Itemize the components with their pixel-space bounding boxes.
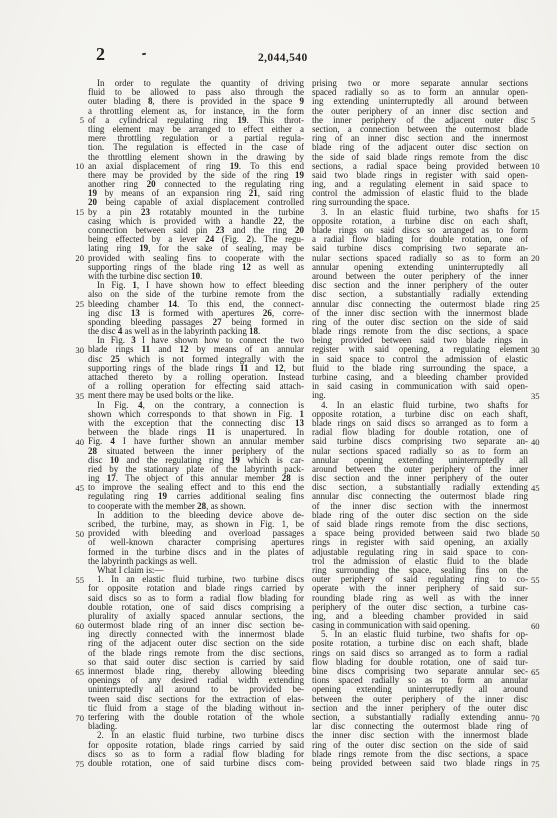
text-line: blade rings remote from the disc section…: [312, 327, 528, 336]
text-line: terfering with the double rotation of th…: [88, 713, 304, 722]
text-line: of the inner disc section with the inner…: [312, 502, 528, 511]
line-number: 5: [531, 116, 553, 125]
text-line: tion. The regulation is effected in the …: [88, 143, 304, 152]
line-number: 25: [531, 300, 553, 309]
text-line: ing, and a bleeding chamber provided in …: [312, 612, 528, 621]
text-line: outermost blade ring of an inner disc se…: [88, 621, 304, 630]
text-line: 20 being capable of axial displacement c…: [88, 198, 304, 207]
text-line: provided with sealing fins to cooperate …: [88, 254, 304, 263]
text-line: ring of the outer disc section on the si…: [312, 741, 528, 750]
text-line: 2. In an elastic fluid turbine, two turb…: [88, 731, 304, 740]
text-line: disc section and the inner periphery of …: [312, 474, 528, 483]
text-line: in said casing in communication with sai…: [312, 382, 528, 391]
line-number: 70: [58, 714, 84, 723]
text-line: tween said disc sections for the extract…: [88, 695, 304, 704]
text-line: disc section, a substantially radially e…: [312, 483, 528, 492]
text-line: ing, and a regulating element in said sp…: [312, 180, 528, 189]
line-number: 65: [58, 668, 84, 677]
text-line: blade rings remote from the disc section…: [312, 750, 528, 759]
text-line: to improve the sealing effect and to thi…: [88, 483, 304, 492]
line-number: 55: [531, 576, 553, 585]
text-line: section and the inner periphery of the o…: [312, 704, 528, 713]
text-line: tling element may be arranged to effect …: [88, 125, 304, 134]
text-line: adjustable regulating ring in said space…: [312, 548, 528, 557]
text-line: ried by the stationary plate of the laby…: [88, 465, 304, 474]
text-line: 28 situated between the inner periphery …: [88, 447, 304, 456]
ink-speck: [142, 53, 146, 55]
text-line: supporting rings of the blade rings 11 a…: [88, 364, 304, 373]
line-number: 50: [58, 530, 84, 539]
right-column-text: prising two or more separate annular sec…: [312, 79, 528, 768]
line-number: 15: [531, 208, 553, 217]
text-line: mere throttling regulation or a partial …: [88, 134, 304, 143]
text-line: said turbine discs comprising two separa…: [312, 437, 528, 446]
text-line: sponding bleeding passages 27 being form…: [88, 318, 304, 327]
text-line: formed in the turbine discs and in the p…: [88, 548, 304, 557]
text-line: of the inner disc section with the inner…: [312, 309, 528, 318]
text-line: shown which corresponds to that shown in…: [88, 410, 304, 419]
text-line: ing directly connected with the innermos…: [88, 630, 304, 639]
text-line: blade rings on said discs so arranged as…: [312, 226, 528, 235]
text-line: the inner disc section with the innermos…: [312, 731, 528, 740]
text-line: control the admission of elastic fluid t…: [312, 189, 528, 198]
text-line: of a cylindrical regulating ring 19. Thi…: [88, 116, 304, 125]
text-line: section, a substantially radially extend…: [312, 713, 528, 722]
text-line: bine discs comprising two separate annul…: [312, 667, 528, 676]
line-number: 25: [58, 300, 84, 309]
line-number: 40: [531, 438, 553, 447]
line-number: 10: [531, 162, 553, 171]
text-line: the disc 4 as well as in the labyrinth p…: [88, 327, 304, 336]
line-number: 65: [531, 668, 553, 677]
text-line: discs so as to form a radial flow bladin…: [88, 750, 304, 759]
line-number: 35: [531, 392, 553, 401]
text-line: regulating ring 19 carries additional se…: [88, 492, 304, 501]
text-line: Fig. 4 I have further shown an annular m…: [88, 437, 304, 446]
text-line: What I claim is:—: [88, 566, 304, 575]
text-line: rings in register with said opening, an …: [312, 538, 528, 547]
text-line: blade rings 11 and 12 by means of an ann…: [88, 345, 304, 354]
text-line: of a rolling operation for effecting sai…: [88, 382, 304, 391]
text-line: disc 10 and the regulating ring 19 which…: [88, 456, 304, 465]
patent-page: 2 2,044,540 5101520253035404550556065707…: [0, 0, 557, 818]
text-line: sections, a radial space being provided …: [312, 162, 528, 171]
text-line: periphery of the outer disc section, a t…: [312, 603, 528, 612]
text-line: flow blading for double rotation, one of…: [312, 658, 528, 667]
text-line: between the outer periphery of the inner…: [312, 695, 528, 704]
text-line: scribed, the turbine, may, as shown in F…: [88, 520, 304, 529]
text-line: said discs so as to form a radial flow b…: [88, 594, 304, 603]
line-number: 35: [58, 392, 84, 401]
text-line: trol the admission of elastic fluid to t…: [312, 557, 528, 566]
text-line: said two blade rings in register with sa…: [312, 171, 528, 180]
text-line: for opposite rotation, blade rings carri…: [88, 741, 304, 750]
text-line: around between the outer periphery of th…: [312, 272, 528, 281]
text-line: ing.: [312, 391, 528, 400]
text-line: outer blading 8, there is provided in th…: [88, 97, 304, 106]
text-line: operate with the inner periphery of said…: [312, 584, 528, 593]
text-line: rounding blade ring as well as with the …: [312, 594, 528, 603]
text-line: blade rings on said discs so arranged as…: [312, 419, 528, 428]
text-line: openings of any desired radial width ext…: [88, 676, 304, 685]
text-line: there may be provided by the side of the…: [88, 171, 304, 180]
text-line: connection between said pin 23 and the r…: [88, 226, 304, 235]
text-line: In Fig. 3 I have shown how to connect th…: [88, 336, 304, 345]
text-line: ring surrounding the space, sealing fins…: [312, 566, 528, 575]
text-line: opposite rotation, a turbine disc on eac…: [312, 410, 528, 419]
text-line: disc section, a substantially radially e…: [312, 290, 528, 299]
text-line: uninterruptedly all around to be provide…: [88, 685, 304, 694]
text-line: annular disc connecting the outermost bl…: [312, 300, 528, 309]
text-line: nular sections spaced radially so as to …: [312, 447, 528, 456]
text-line: blade ring of the outer disc section on …: [312, 511, 528, 520]
text-line: being effected by a lever 24 (Fig. 2). T…: [88, 235, 304, 244]
text-line: outer periphery of said regulating ring …: [312, 575, 528, 584]
text-line: In Fig. 4, on the contrary, a connection…: [88, 401, 304, 410]
text-line: tic fluid from a stage of the blading wi…: [88, 704, 304, 713]
text-line: lar disc connecting the outermost blade …: [312, 722, 528, 731]
text-line: ing 17. The object of this annular membe…: [88, 474, 304, 483]
text-line: the inner periphery of the adjacent oute…: [312, 116, 528, 125]
text-line: plurality of axially spaced annular sect…: [88, 612, 304, 621]
text-line: so that said outer disc section is carri…: [88, 658, 304, 667]
text-line: an axial displacement of ring 19. To thi…: [88, 162, 304, 171]
text-line: annular opening extending uninterruptedl…: [312, 263, 528, 272]
line-number: 20: [58, 254, 84, 263]
text-line: ring of an inner disc section and the in…: [312, 134, 528, 143]
line-number: 75: [531, 760, 553, 769]
text-line: being provided between said two blade ri…: [312, 759, 528, 768]
text-line: disc 25 which is not formed integrally w…: [88, 355, 304, 364]
text-line: 5. In an elastic fluid turbine, two shaf…: [312, 630, 528, 639]
text-line: provided with bleeding and overload pass…: [88, 529, 304, 538]
text-line: In addition to the bleeding device above…: [88, 511, 304, 520]
text-line: in said space to control the admission o…: [312, 355, 528, 364]
text-line: supporting rings of the blade ring 12 as…: [88, 263, 304, 272]
patent-number: 2,044,540: [258, 52, 308, 64]
text-line: section, a connection between the outerm…: [312, 125, 528, 134]
text-line: a throttling element as, for instance, i…: [88, 107, 304, 116]
text-line: 19 by means of an expansion ring 21, sai…: [88, 189, 304, 198]
text-line: rings on said discs so arranged as to fo…: [312, 649, 528, 658]
text-line: ing disc 13 is formed with apertures 26,…: [88, 309, 304, 318]
text-line: innermost blade ring, thereby allowing b…: [88, 667, 304, 676]
text-line: by a pin 23 rotatably mounted in the tur…: [88, 208, 304, 217]
text-line: attached thereto by a rolling operation.…: [88, 373, 304, 382]
page-number: 2: [96, 44, 106, 65]
line-number: 50: [531, 530, 553, 539]
text-line: blade ring of the adjacent outer disc se…: [312, 143, 528, 152]
line-number: 70: [531, 714, 553, 723]
line-number: 45: [58, 484, 84, 493]
line-number: 15: [58, 208, 84, 217]
text-line: spaced radially so as to form an annular…: [312, 88, 528, 97]
text-line: around between the outer periphery of th…: [312, 465, 528, 474]
text-line: 1. In an elastic fluid turbine, two turb…: [88, 575, 304, 584]
line-number: 60: [531, 622, 553, 631]
text-line: fluid to the blade ring surrounding the …: [312, 364, 528, 373]
text-line: another ring 20 connected to the regulat…: [88, 180, 304, 189]
text-line: casing in communication with said openin…: [312, 621, 528, 630]
text-line: ring surrounding the space.: [312, 198, 528, 207]
text-line: between the blade rings 11 is unaperture…: [88, 428, 304, 437]
text-line: of well-known character comprising apert…: [88, 538, 304, 547]
text-line: prising two or more separate annular sec…: [312, 79, 528, 88]
text-line: for opposite rotation and blade rings ca…: [88, 584, 304, 593]
line-number: 10: [58, 162, 84, 171]
text-line: said turbine discs comprising two separa…: [312, 244, 528, 253]
text-line: annular opening extending uninterruptedl…: [312, 456, 528, 465]
text-line: being provided between said two blade ri…: [312, 336, 528, 345]
line-number: 60: [58, 622, 84, 631]
line-number: 20: [531, 254, 553, 263]
text-line: register with said opening, a regulating…: [312, 345, 528, 354]
text-line: tions spaced radially so as to form an a…: [312, 676, 528, 685]
text-line: also on the side of the turbine remote f…: [88, 290, 304, 299]
text-line: nular sections spaced radially so as to …: [312, 254, 528, 263]
text-line: opening extending uninterruptedly all ar…: [312, 685, 528, 694]
text-line: with the exception that the connecting d…: [88, 419, 304, 428]
text-line: ment there may be used bolts or the like…: [88, 391, 304, 400]
line-number: 75: [58, 760, 84, 769]
text-line: with the turbine disc section 10.: [88, 272, 304, 281]
text-line: radial flow blading for double rotation,…: [312, 428, 528, 437]
text-line: double rotation, one of said turbine dis…: [88, 759, 304, 768]
line-number: 55: [58, 576, 84, 585]
text-line: the outer periphery of an inner disc sec…: [312, 107, 528, 116]
text-line: double rotation, one of said discs compr…: [88, 603, 304, 612]
text-line: 4. In an elastic fluid turbine, two shaf…: [312, 401, 528, 410]
text-line: fluid to be allowed to pass also through…: [88, 88, 304, 97]
text-line: disc section and the inner periphery of …: [312, 281, 528, 290]
text-line: ring of the outer disc section on the si…: [312, 318, 528, 327]
text-line: ring of the adjacent outer disc section …: [88, 639, 304, 648]
text-line: lating ring 19, for the sake of sealing,…: [88, 244, 304, 253]
text-line: to cooperate with the member 28, as show…: [88, 502, 304, 511]
text-line: casing which is provided with a handle 2…: [88, 217, 304, 226]
line-number: 45: [531, 484, 553, 493]
text-line: of said blade rings remote from the disc…: [312, 520, 528, 529]
text-line: a radial flow blading for double rotatio…: [312, 235, 528, 244]
text-line: In order to regulate the quantity of dri…: [88, 79, 304, 88]
text-line: opposite rotation, a turbine disc on eac…: [312, 217, 528, 226]
text-line: the labyrinth packings as well.: [88, 557, 304, 566]
text-line: annular disc connecting the outermost bl…: [312, 492, 528, 501]
text-line: 3. In an elastic fluid turbine, two shaf…: [312, 208, 528, 217]
text-line: a space being provided between said two …: [312, 529, 528, 538]
line-number: 30: [531, 346, 553, 355]
left-column-text: In order to regulate the quantity of dri…: [88, 79, 304, 768]
text-line: of the blade rings remote from the disc …: [88, 649, 304, 658]
line-number: 40: [58, 438, 84, 447]
text-line: In Fig. 1, I have shown how to effect bl…: [88, 281, 304, 290]
text-line: posite rotation, a turbine disc on each …: [312, 639, 528, 648]
text-line: the throttling element shown in the draw…: [88, 153, 304, 162]
text-line: the side of said blade rings remote from…: [312, 153, 528, 162]
text-line: ing extending uninterruptedly all around…: [312, 97, 528, 106]
line-number: 5: [58, 116, 84, 125]
line-number: 30: [58, 346, 84, 355]
text-line: bleeding chamber 14. To this end, the co…: [88, 300, 304, 309]
text-line: turbine casing, and a bleeding chamber p…: [312, 373, 528, 382]
text-line: blading.: [88, 722, 304, 731]
